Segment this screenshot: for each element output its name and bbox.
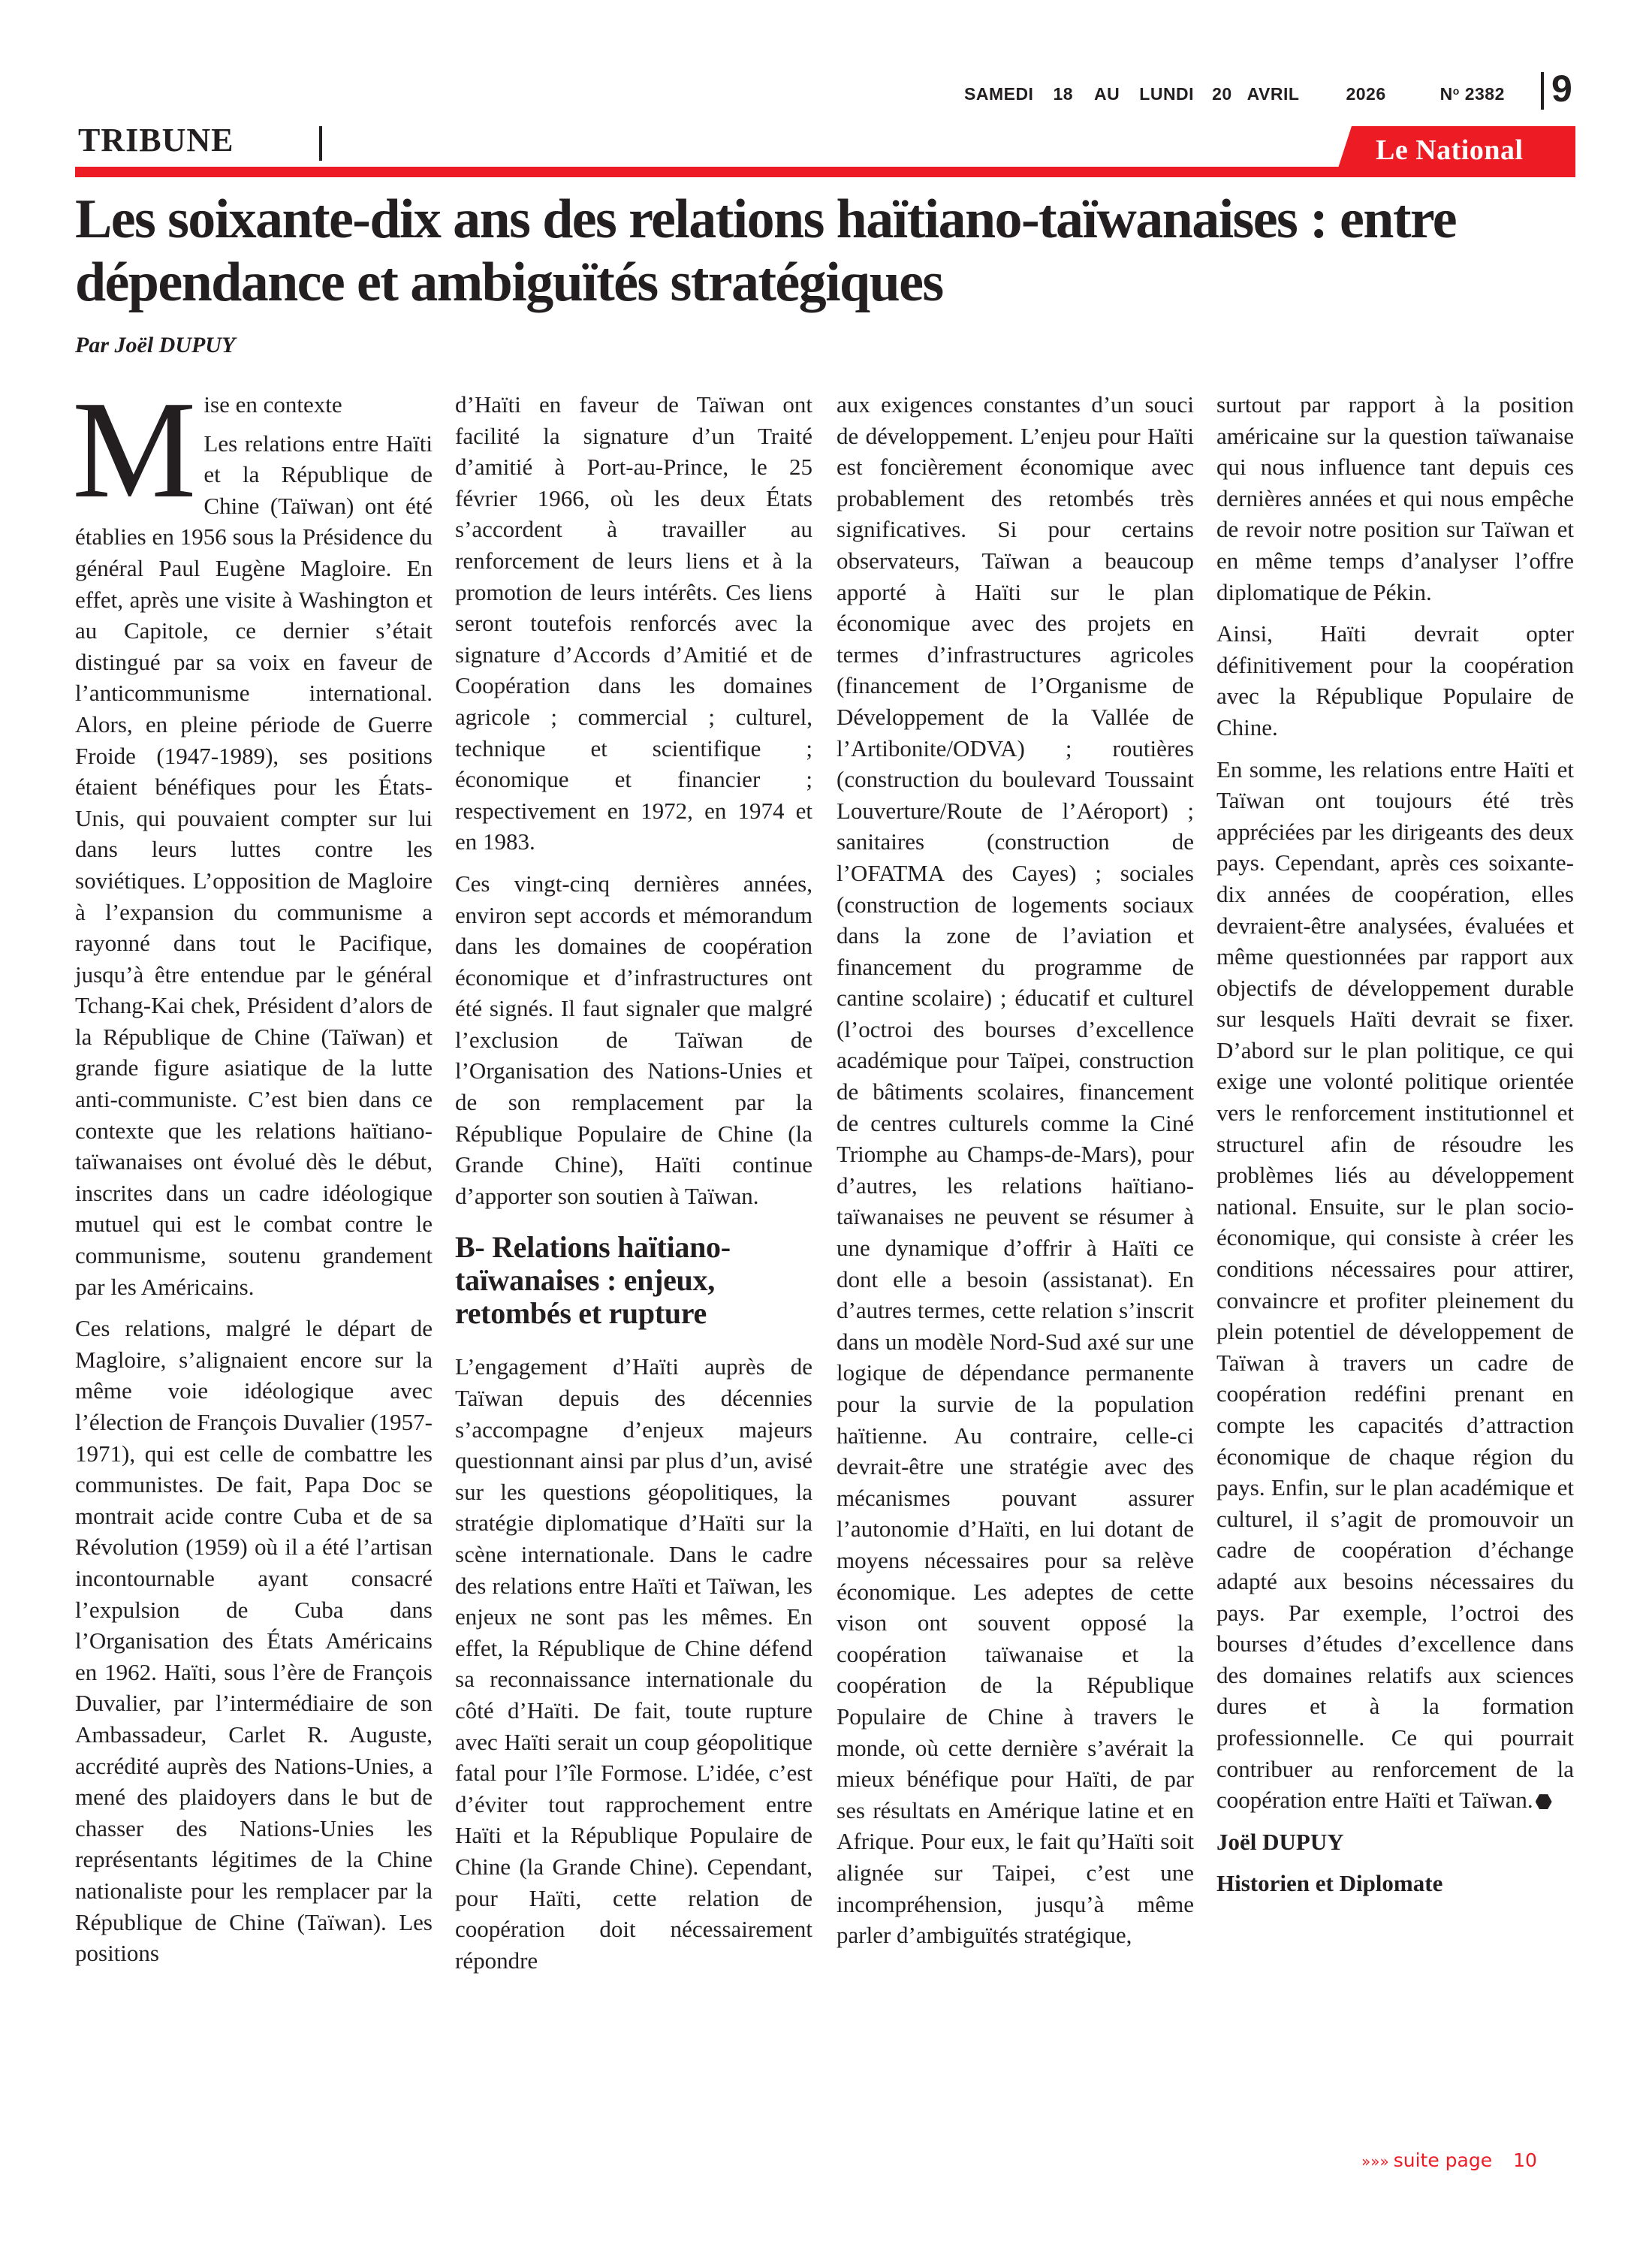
issue-dateline: SAMEDI 18 AU LUNDI 20 AVRIL 2026 No 2382 [964, 84, 1505, 114]
article-headline: Les soixante-dix ans des relations haïti… [75, 188, 1584, 314]
dateline-day-start: SAMEDI [964, 84, 1033, 114]
paragraph: Les relations entre Haïti et la Républiq… [75, 428, 433, 1303]
drop-cap: M [72, 394, 196, 506]
author-signature-name: Joël DUPUY [1216, 1826, 1574, 1858]
continued-label: suite page [1394, 2149, 1492, 2171]
article-column-2: d’Haïti en faveur de Taïwan ont facilité… [455, 389, 812, 1986]
page-number: 9 [1551, 66, 1572, 111]
newspaper-brand: Le National [1376, 129, 1524, 171]
paragraph: Ainsi, Haïti devrait opter définitivemen… [1216, 618, 1574, 743]
dateline-day-end: LUNDI [1139, 84, 1194, 114]
article-column-3: aux exigences constantes d’un souci de d… [837, 389, 1194, 1962]
continued-on-page-link[interactable]: »»»suite page10 [1361, 2149, 1537, 2171]
paragraph: d’Haïti en faveur de Taïwan ont facilité… [455, 389, 812, 858]
paragraph: L’engagement d’Haïti auprès de Taïwan de… [455, 1351, 812, 1976]
section-divider [319, 126, 322, 161]
dateline-year: 2026 [1346, 84, 1385, 114]
author-signature-role: Historien et Diplomate [1216, 1868, 1574, 1899]
continue-arrows-icon: »»» [1361, 2152, 1389, 2170]
paragraph-final: En somme, les relations entre Haïti et T… [1216, 754, 1574, 1816]
continued-page-number: 10 [1513, 2149, 1537, 2171]
paragraph: surtout par rapport à la position améric… [1216, 389, 1574, 608]
dateline-date-start: 18 [1053, 84, 1073, 114]
dateline-connector: AU [1094, 84, 1120, 114]
page-number-divider [1541, 72, 1544, 110]
dateline-date-end: 20 [1212, 84, 1232, 114]
section-subheading: B- Relations haïtiano-taïwanaises : enje… [455, 1231, 812, 1330]
article-column-1: M ise en contexte Les relations entre Ha… [75, 389, 433, 1980]
hexagon-end-mark-icon [1536, 1794, 1552, 1809]
paragraph: Ces relations, malgré le départ de Maglo… [75, 1313, 433, 1968]
article-column-4: surtout par rapport à la position améric… [1216, 389, 1574, 1910]
section-label: TRIBUNE [78, 122, 234, 159]
paragraph: Ces vingt-cinq dernières années, environ… [455, 868, 812, 1212]
paragraph: aux exigences constantes d’un souci de d… [837, 389, 1194, 1951]
dateline-month: AVRIL [1247, 84, 1300, 114]
issue-number: No 2382 [1440, 84, 1505, 114]
article-byline: Par Joël DUPUY [75, 330, 235, 360]
